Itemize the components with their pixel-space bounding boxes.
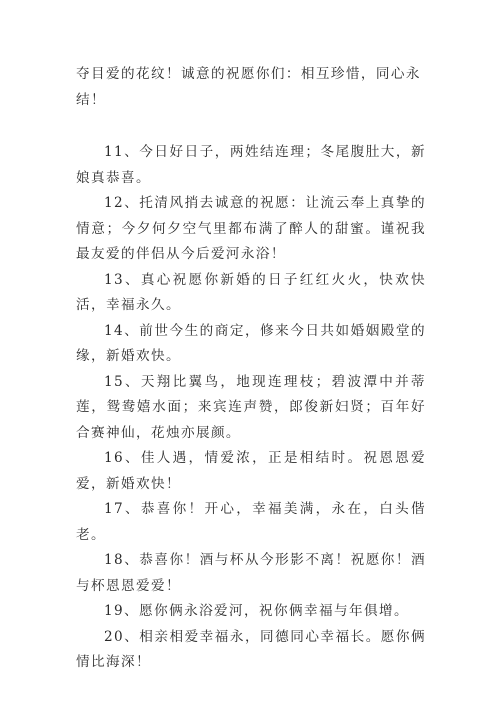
paragraph-13: 13、真心祝愿你新婚的日子红红火火，快欢快活，幸福永久。: [76, 268, 426, 319]
paragraph-14: 14、前世今生的商定，修来今日共如婚姻殿堂的缘，新婚欢快。: [76, 319, 426, 370]
paragraph-19: 19、愿你俩永浴爱河，祝你俩幸福与年俱增。: [76, 599, 426, 625]
paragraph-11: 11、今日好日子，两姓结连理；冬尾腹肚大，新娘真恭喜。: [76, 140, 426, 191]
document-page: 夺目爱的花纹！诚意的祝愿你们：相互珍惜，同心永结！ 11、今日好日子，两姓结连理…: [76, 62, 426, 676]
paragraph-20: 20、相亲相爱幸福永，同德同心幸福长。愿你俩情比海深！: [76, 625, 426, 676]
paragraph-16: 16、佳人遇，情爱浓，正是相结时。祝恩恩爱爱，新婚欢快！: [76, 446, 426, 497]
paragraph-12: 12、托清风捎去诚意的祝愿：让流云奉上真挚的情意；今夕何夕空气里都布满了醉人的甜…: [76, 191, 426, 268]
paragraph-18: 18、恭喜你！酒与杯从今形影不离！祝愿你！酒与杯恩恩爱爱！: [76, 548, 426, 599]
lead-line: 夺目爱的花纹！诚意的祝愿你们：相互珍惜，同心永结！: [76, 62, 426, 113]
paragraph-15: 15、天翔比翼鸟，地现连理枝；碧波潭中并蒂莲，鸳鸯嬉水面；来宾连声赞，郎俊新妇贤…: [76, 370, 426, 447]
paragraph-17: 17、恭喜你！开心，幸福美满，永在，白头偕老。: [76, 497, 426, 548]
